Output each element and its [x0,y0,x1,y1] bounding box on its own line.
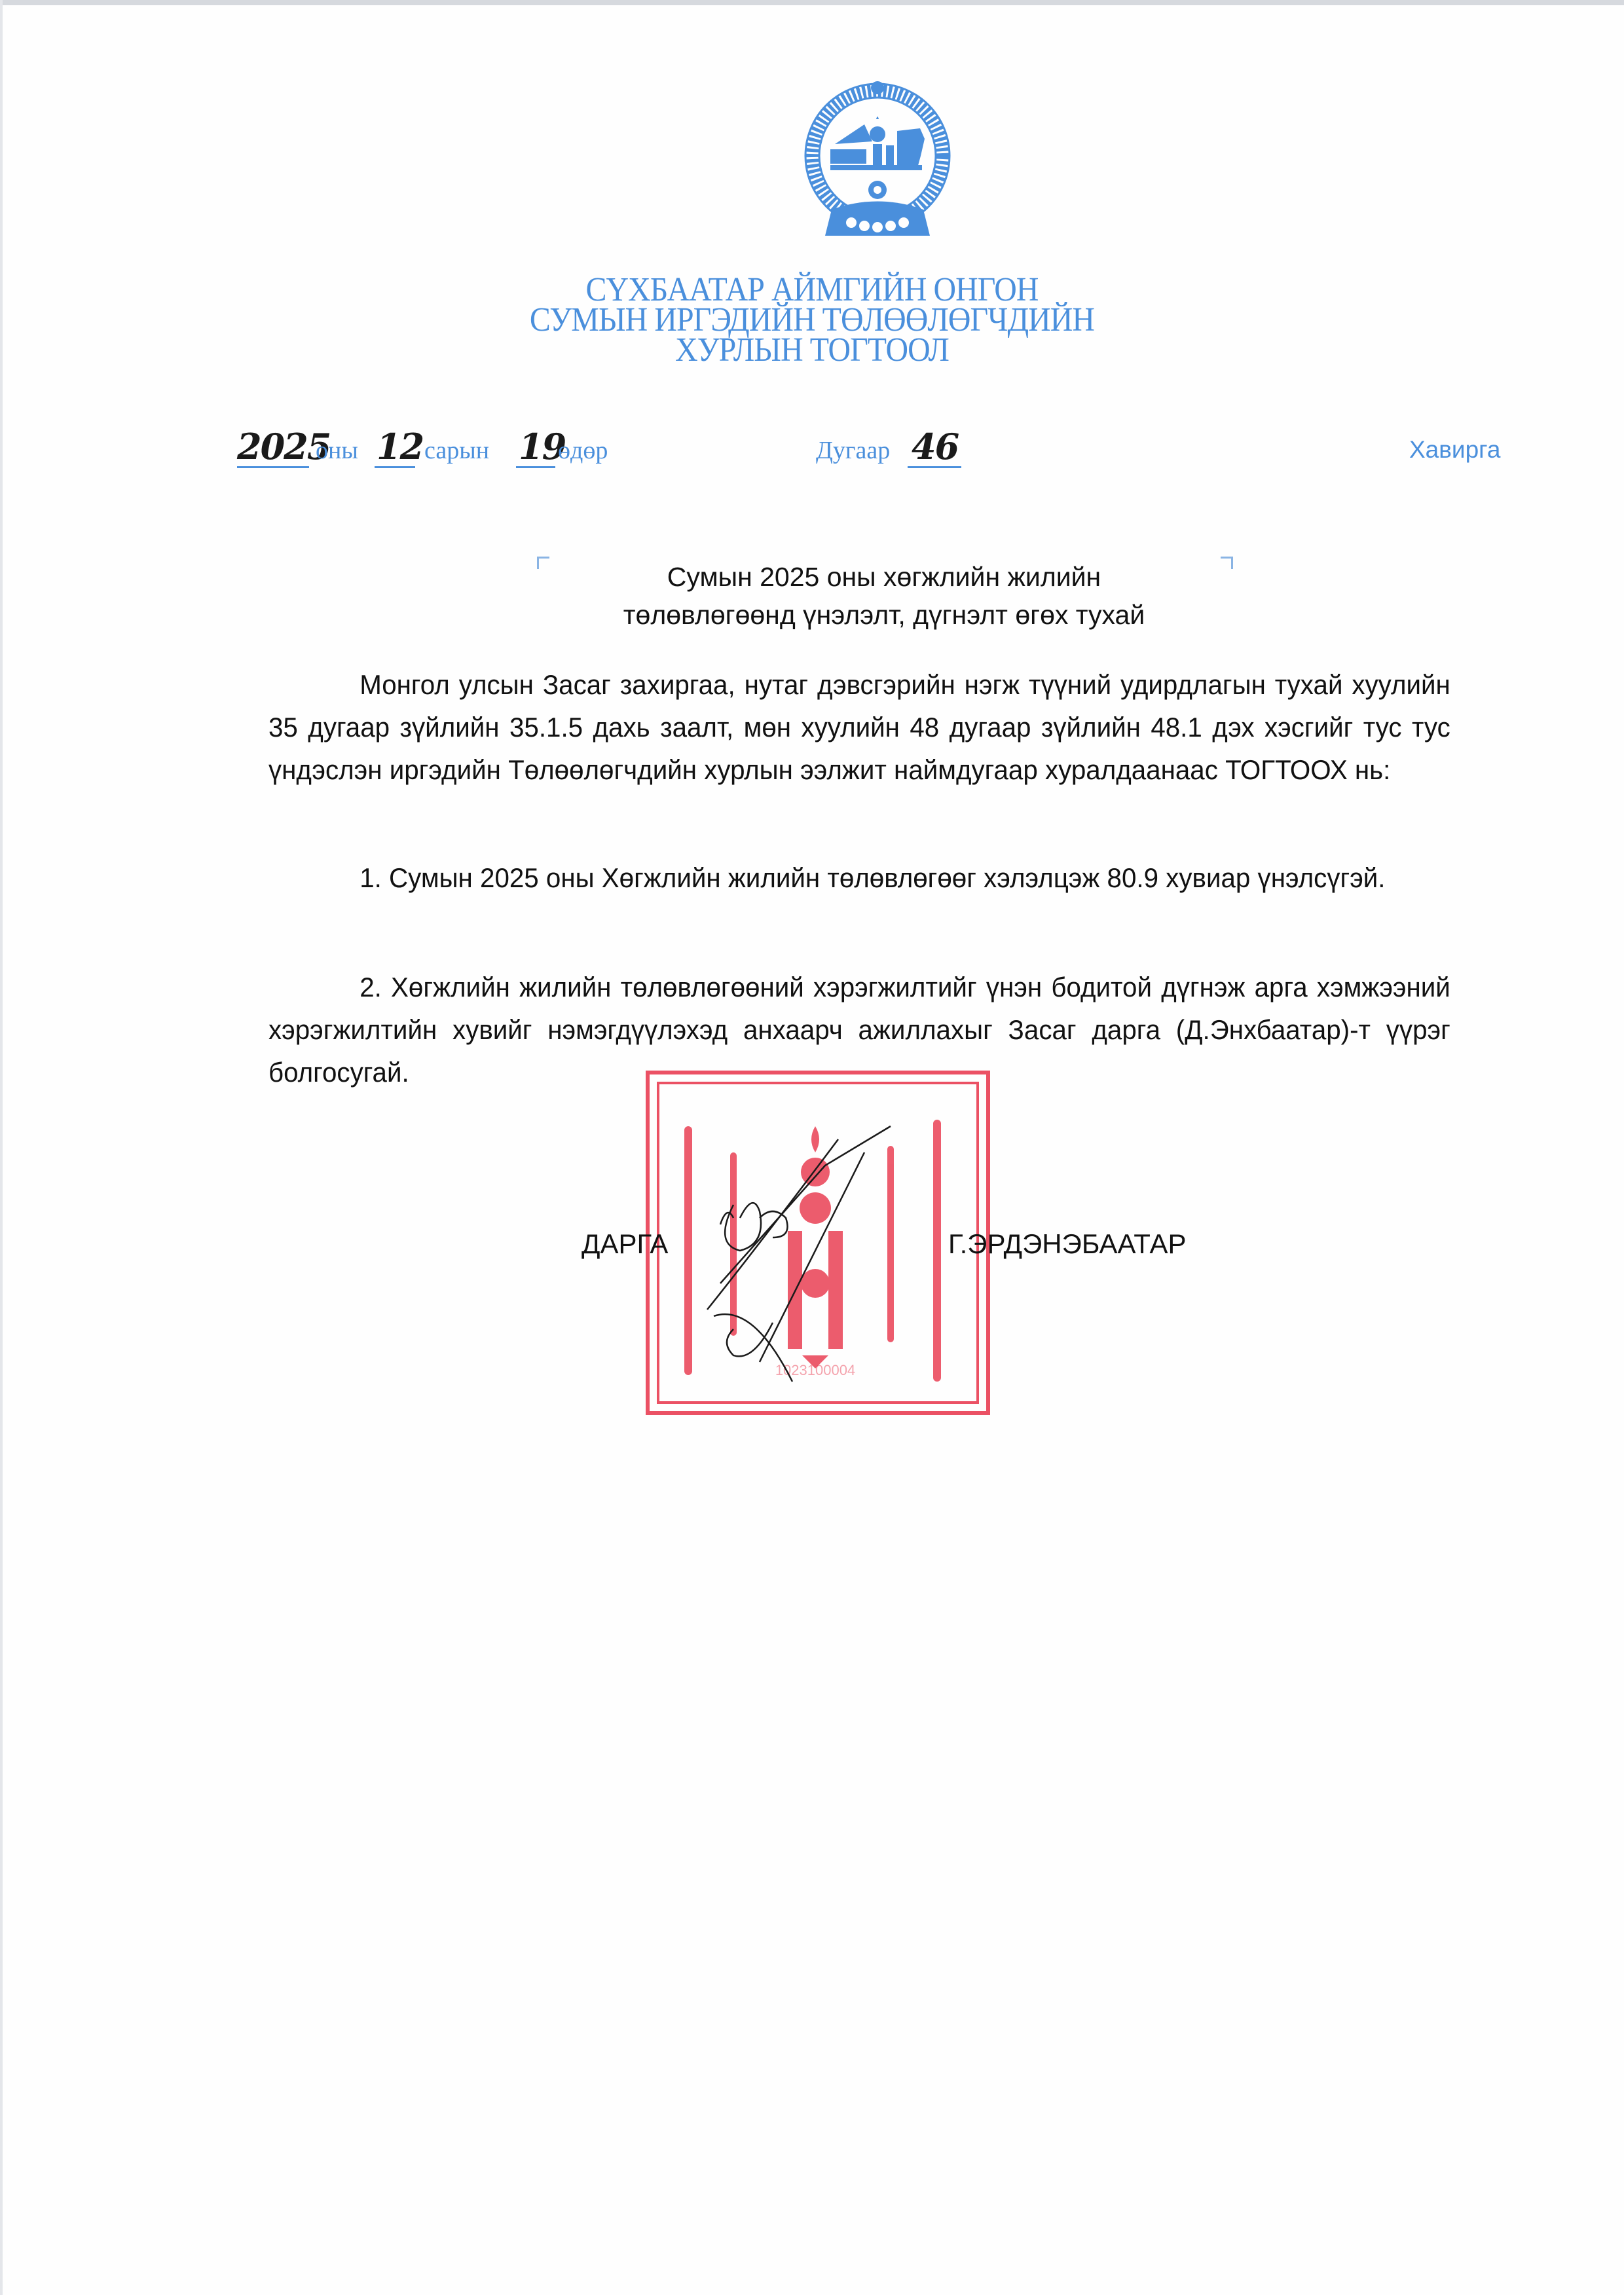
month-underline [375,466,415,468]
day-label: өдөр [558,436,608,465]
handwritten-signature [694,1113,910,1388]
signatory-name: Г.ЭРДЭНЭБААТАР [948,1228,1187,1260]
title-line-1: Сумын 2025 оны хөгжлийн жилийн [524,558,1244,596]
date-number-row: 2025 оны 12 сарын 19 өдөр Дугаар 46 Хави… [0,424,1624,477]
number-underline [908,466,961,468]
month-value: 12 [377,426,423,468]
number-value: 46 [912,426,958,468]
state-emblem-icon [799,79,956,249]
month-label: сарын [424,436,489,465]
header-line-3: ХУРЛЫН ТОГТООЛ [475,335,1149,365]
location-label: Хавирга [1409,436,1500,464]
year-underline [237,466,309,468]
title-line-2: төлөвлөгөөнд үнэлэлт, дүгнэлт өгөх тухай [524,596,1244,634]
scan-left-edge [0,0,3,2295]
year-label: оны [316,436,358,465]
resolution-item-1: 1. Сумын 2025 оны Хөгжлийн жилийн төлөвл… [268,856,1450,899]
document-title: Сумын 2025 оны хөгжлийн жилийн төлөвлөгө… [524,558,1244,634]
day-underline [516,466,555,468]
organization-header: СҮХБААТАР АЙМГИЙН ОНГОН СУМЫН ИРГЭДИЙН Т… [475,275,1149,365]
scan-top-edge [0,0,1624,5]
preamble-paragraph: Монгол улсын Засаг захиргаа, нутаг дэвсг… [268,663,1450,791]
number-label: Дугаар [816,436,890,465]
signatory-title: ДАРГА [581,1228,668,1260]
